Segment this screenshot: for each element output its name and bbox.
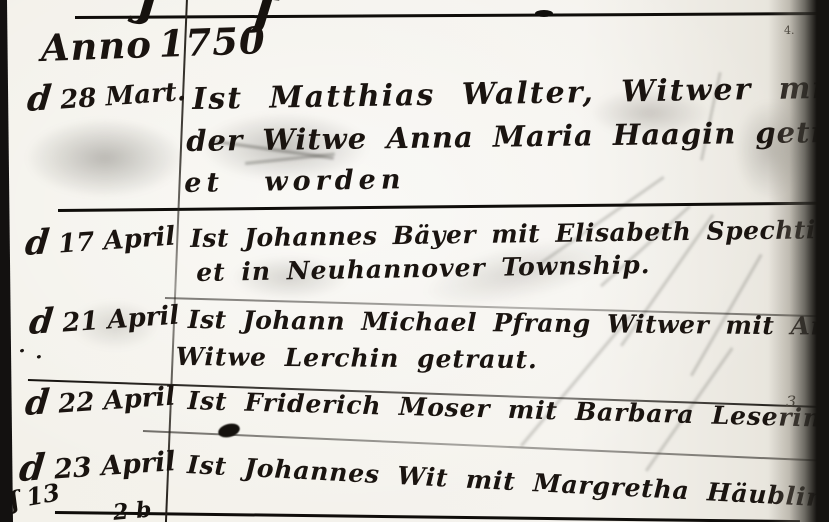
register-entry-line: Ist Friderich Moser mit Barbara Leserin … — [187, 386, 829, 436]
date-text: 21 April — [61, 301, 180, 339]
ruled-line-after-entry-1 — [58, 202, 829, 212]
register-page-scan: ʃ f 4. Anno 1750 d 28 Mart. Ist Matthias… — [0, 0, 829, 522]
cropped-text-fragment: ʃ 13 — [8, 477, 62, 514]
date-prefix: d — [25, 78, 53, 120]
register-entry-line: et worden — [184, 164, 406, 199]
register-entry-line: Witwe Lerchin getraut. — [176, 342, 538, 374]
date-text: 28 Mart. — [59, 77, 186, 116]
ink-bump-on-rule — [535, 10, 553, 17]
register-entry-line: Ist Johann Michael Pfrang Witwer mit Ann… — [188, 305, 829, 342]
entry-date: d 21 April — [28, 293, 180, 343]
date-prefix: d — [23, 222, 51, 264]
date-text: 22 April — [57, 382, 176, 420]
entry-date: d 17 April — [24, 214, 176, 264]
ruled-line-top — [75, 12, 829, 19]
entry-date: d 28 Mart. — [26, 69, 187, 120]
page-edge-right — [768, 0, 829, 522]
date-text: 23 April — [53, 446, 176, 485]
cropped-text-fragment: 2 b — [112, 497, 152, 522]
year-heading: Anno 1750 — [40, 18, 266, 70]
ink-blot — [217, 421, 242, 439]
ink-bleed-smudge — [25, 118, 185, 198]
register-entry-line: Ist Johannes Wit mit Margretha Häublinin… — [186, 450, 829, 521]
register-entry-line: Ist Matthias Walter, Witwer mit — [192, 71, 829, 117]
page-edge-left — [0, 0, 16, 522]
date-text: 17 April — [57, 222, 176, 260]
date-prefix: d — [23, 382, 51, 424]
register-entry-line: Ist Johannes Bäyer mit Elisabeth Spechti… — [190, 213, 829, 253]
date-prefix: d — [27, 301, 55, 343]
